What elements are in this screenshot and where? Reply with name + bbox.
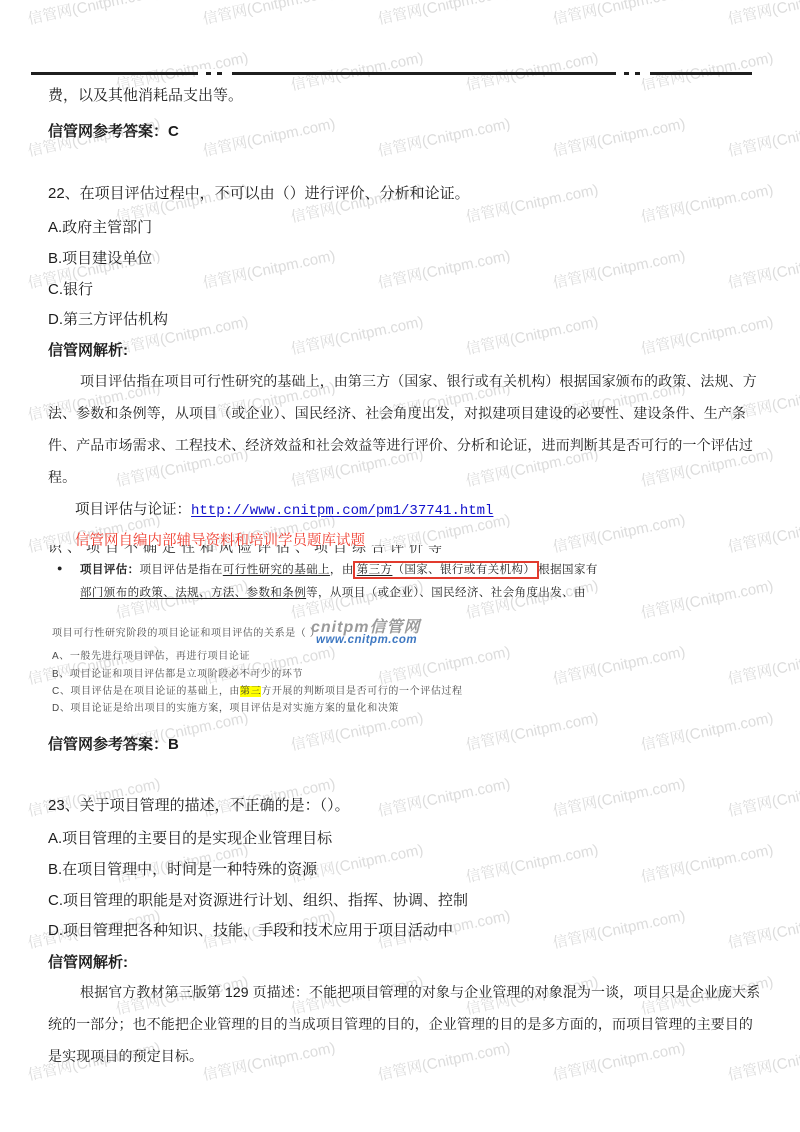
watermark-text: 信管网(Cnitpm.com) xyxy=(639,310,775,359)
bullet-icon: ● xyxy=(57,563,62,573)
watermark-text: 信管网(Cnitpm.com) xyxy=(376,772,512,821)
watermark-text: 信管网(Cnitpm.com) xyxy=(464,310,600,359)
watermark-text: 信管网(Cnitpm.com) xyxy=(551,0,687,29)
question-22-option-a: A.政府主管部门 xyxy=(48,216,152,237)
clipped-text: 识、项目不确定性和风险评估、项目综合评价等 xyxy=(48,545,518,557)
answer-value: B xyxy=(168,736,179,753)
body-fragment: 费，以及其他消耗品支出等。 xyxy=(48,84,243,105)
watermark-text: 信管网(Cnitpm.com) xyxy=(639,46,775,95)
watermark-text: 信管网(Cnitpm.com) xyxy=(464,706,600,755)
watermark-text: 信管网(Cnitpm.com) xyxy=(376,0,512,29)
watermark-text: 信管网(Cnitpm.com) xyxy=(201,112,337,161)
watermark-text: 信管网(Cnitpm.com) xyxy=(551,1036,687,1085)
embedded-option-c: C、项目评估是在项目论证的基础上，由第三方开展的判断项目是否可行的一个评估过程 xyxy=(52,682,463,697)
rule-dash xyxy=(206,72,211,75)
watermark-text: 信管网(Cnitpm.com) xyxy=(726,1036,800,1085)
watermark-text: 信管网(Cnitpm.com) xyxy=(639,574,775,623)
bullet-line2-rest: 等，从项目（或企业）、国民经济、社会角度出发、由 xyxy=(306,587,586,599)
question-23-option-d: D.项目管理把各种知识、技能、手段和技术应用于项目活动中 xyxy=(48,919,453,940)
embedded-question-title: 项目可行性研究阶段的项目论证和项目评估的关系是（ ） xyxy=(52,624,320,639)
question-23-option-b: B.在项目管理中，时间是一种特殊的资源 xyxy=(48,858,317,879)
red-box-annotation: 第三方（国家、银行或有关机构） xyxy=(353,561,540,579)
embedded-option-c-pre: C、项目评估是在项目论证的基础上，由 xyxy=(52,686,240,697)
watermark-text: 信管网(Cnitpm.com) xyxy=(726,772,800,821)
watermark-text: 信管网(Cnitpm.com) xyxy=(639,178,775,227)
watermark-text: 信管网(Cnitpm.com) xyxy=(289,46,425,95)
embedded-option-c-post: 方开展的判断项目是否可行的一个评估过程 xyxy=(261,686,462,697)
watermark-text: 信管网(Cnitpm.com) xyxy=(551,772,687,821)
watermark-text: 信管网(Cnitpm.com) xyxy=(376,244,512,293)
watermark-text: 信管网(Cnitpm.com) xyxy=(639,838,775,887)
question-23-option-a: A.项目管理的主要目的是实现企业管理目标 xyxy=(48,827,332,848)
answer-line-q21: 信管网参考答案：C xyxy=(48,120,179,141)
watermark-text: 信管网(Cnitpm.com) xyxy=(289,310,425,359)
bullet-term: 项目评估： xyxy=(80,564,140,576)
question-22-option-b: B.项目建设单位 xyxy=(48,247,152,268)
watermark-text: 信管网(Cnitpm.com) xyxy=(726,244,800,293)
cnitpm-logo-url: www.cnitpm.com xyxy=(316,634,417,646)
watermark-text: 信管网(Cnitpm.com) xyxy=(551,508,687,557)
rule-dash xyxy=(635,72,640,75)
watermark-text: 信管网(Cnitpm.com) xyxy=(726,640,800,689)
highlighted-text: 第三 xyxy=(240,686,261,697)
rule-gap xyxy=(198,69,232,78)
analysis-label-q22: 信管网解析: xyxy=(48,339,128,360)
watermark-text: 信管网(Cnitpm.com) xyxy=(464,838,600,887)
bullet-after-box: 根据国家有 xyxy=(538,564,598,576)
question-22-option-c: C.银行 xyxy=(48,278,93,299)
analysis-line: 是实现项目的预定目标。 xyxy=(48,1046,203,1066)
rule-gap xyxy=(616,69,650,78)
analysis-line: 项目评估指在项目可行性研究的基础上，由第三方（国家、银行或有关机构）根据国家颁布… xyxy=(80,371,757,391)
watermark-text: 信管网(Cnitpm.com) xyxy=(639,706,775,755)
watermark-text: 信管网(Cnitpm.com) xyxy=(26,0,162,29)
question-23-option-c: C.项目管理的职能是对资源进行计划、组织、指挥、协调、控制 xyxy=(48,889,468,910)
watermark-text: 信管网(Cnitpm.com) xyxy=(464,178,600,227)
reference-link-label: 项目评估与论证： xyxy=(75,502,191,518)
analysis-label-q23: 信管网解析: xyxy=(48,951,128,972)
watermark-text: 信管网(Cnitpm.com) xyxy=(551,904,687,953)
analysis-line: 件、产品市场需求、工程技术、经济效益和社会效益等进行评价、分析和论证，进而判断其… xyxy=(48,435,753,455)
document-page: 信管网(Cnitpm.com)信管网(Cnitpm.com)信管网(Cnitpm… xyxy=(0,0,800,1132)
bullet-pre: 项目评估是指在 xyxy=(140,564,223,576)
watermark-text: 信管网(Cnitpm.com) xyxy=(726,112,800,161)
watermark-text: 信管网(Cnitpm.com) xyxy=(201,0,337,29)
question-22-title: 22、在项目评估过程中，不可以由（）进行评价、分析和论证。 xyxy=(48,182,470,203)
watermark-text: 信管网(Cnitpm.com) xyxy=(726,904,800,953)
watermark-text: 信管网(Cnitpm.com) xyxy=(376,112,512,161)
bullet-line-2: 部门颁布的政策、法规、方法、参数和条例等，从项目（或企业）、国民经济、社会角度出… xyxy=(80,584,586,600)
watermark-text: 信管网(Cnitpm.com) xyxy=(201,1036,337,1085)
rule-dash xyxy=(624,72,629,75)
answer-label: 信管网参考答案： xyxy=(48,736,168,753)
bullet-line-1: 项目评估：项目评估是指在可行性研究的基础上，由第三方（国家、银行或有关机构）根据… xyxy=(80,561,598,577)
reference-link[interactable]: http://www.cnitpm.com/pm1/37741.html xyxy=(191,503,493,519)
watermark-text: 信管网(Cnitpm.com) xyxy=(726,0,800,29)
analysis-line: 程。 xyxy=(48,467,76,487)
boxed-text: （国家、银行或有关机构） xyxy=(392,564,535,576)
watermark-text: 信管网(Cnitpm.com) xyxy=(726,508,800,557)
embedded-option-a: A、一般先进行项目评估，再进行项目论证 xyxy=(52,647,250,662)
watermark-text: 信管网(Cnitpm.com) xyxy=(551,640,687,689)
answer-line-q22: 信管网参考答案：B xyxy=(48,733,179,754)
bullet-underline-1: 可行性研究的基础上 xyxy=(223,564,330,576)
question-23-title: 23、关于项目管理的描述，不正确的是：（）。 xyxy=(48,794,350,815)
analysis-line: 根据官方教材第三版第 129 页描述：不能把项目管理的对象与企业管理的对象混为一… xyxy=(80,982,760,1002)
answer-value: C xyxy=(168,123,179,140)
embedded-option-d: D、项目论证是给出项目的实施方案，项目评估是对实施方案的量化和决策 xyxy=(52,699,399,714)
analysis-line: 统的一部分；也不能把企业管理的目的当成项目管理的目的，企业管理的目的是多方面的，… xyxy=(48,1014,753,1034)
watermark-text: 信管网(Cnitpm.com) xyxy=(376,1036,512,1085)
analysis-line: 法、参数和条例等，从项目（或企业）、国民经济、社会角度出发，对拟建项目建设的必要… xyxy=(48,403,746,423)
clipped-text-line: 识、项目不确定性和风险评估、项目综合评价等 xyxy=(48,545,518,557)
boxed-underline-text: 第三方 xyxy=(357,564,393,576)
watermark-text: 信管网(Cnitpm.com) xyxy=(551,112,687,161)
watermark-text: 信管网(Cnitpm.com) xyxy=(551,244,687,293)
bullet-line2-underline: 部门颁布的政策、法规、方法、参数和条例 xyxy=(80,587,306,599)
answer-label: 信管网参考答案： xyxy=(48,123,168,140)
question-22-option-d: D.第三方评估机构 xyxy=(48,308,168,329)
bullet-mid: ，由 xyxy=(330,564,354,576)
watermark-text: 信管网(Cnitpm.com) xyxy=(201,244,337,293)
reference-link-line: 项目评估与论证：http://www.cnitpm.com/pm1/37741.… xyxy=(75,498,493,519)
rule-dash xyxy=(217,72,222,75)
embedded-option-b: B、项目论证和项目评估都是立项阶段必不可少的环节 xyxy=(52,665,303,680)
watermark-text: 信管网(Cnitpm.com) xyxy=(464,46,600,95)
